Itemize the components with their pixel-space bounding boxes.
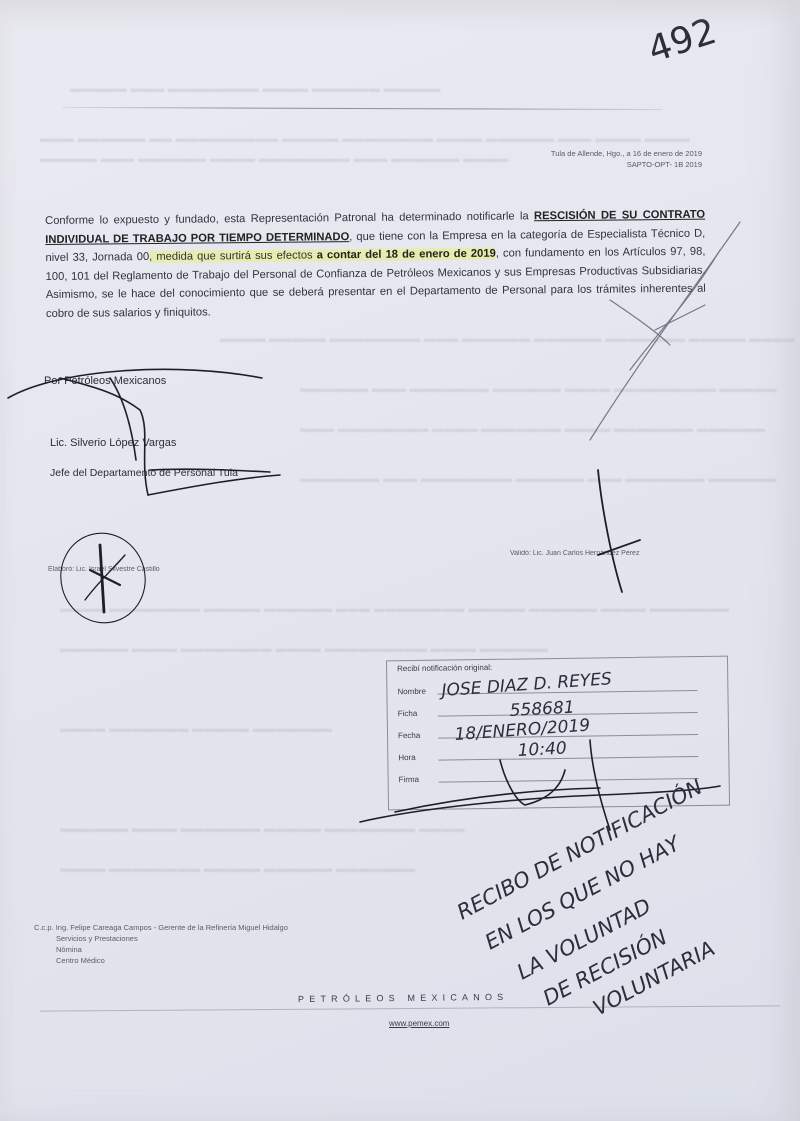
receipt-field-nombre: Nombre [397,679,697,697]
svg-text:EN LOS QUE NO HAY: EN LOS QUE NO HAY [481,830,686,954]
prepared-by: Elaboró: Lic. Israel Silvestre Castillo [48,566,160,573]
receipt-title: Recibí notificación original: [397,663,492,673]
footer-brand: PETRÓLEOS MEXICANOS [298,992,508,1004]
cc-line: Nómina [34,944,288,955]
svg-text:DE RECISIÓN: DE RECISIÓN [539,924,672,1010]
receipt-acknowledgment-box: Recibí notificación original: Nombre Fic… [386,656,730,811]
body-paragraph: Conforme lo expuesto y fundado, esta Rep… [45,206,706,323]
receipt-field-firma: Firma [399,767,699,785]
svg-text:VOLUNTARIA: VOLUNTARIA [589,936,719,1020]
reviewed-by: Validó: Lic. Juan Carlos Hernández Pérez [510,550,639,557]
cc-label: C.c.p. [34,923,54,932]
bleed-through-text: ▬▬▬▬ ▬▬▬▬▬▬▬ ▬▬▬▬▬ ▬▬▬▬▬▬▬ [60,720,333,739]
cc-line: Ing. Felipe Careaga Campos - Gerente de … [56,923,288,932]
handwritten-note: RECIBO DE NOTIFICACIÓN EN LOS QUE NO HAY… [453,774,719,1021]
signature-org-line: Por Petróleos Mexicanos [44,375,166,387]
bleed-through-text: ▬▬▬ ▬▬▬▬▬▬▬▬ ▬▬▬▬ ▬▬▬▬▬▬▬ ▬▬▬▬ ▬▬▬▬▬▬▬ ▬… [300,420,765,439]
cc-block: C.c.p. Ing. Felipe Careaga Campos - Gere… [34,922,288,966]
bleed-through-text: ▬▬▬ ▬▬▬▬▬▬ ▬▬ ▬▬▬▬▬▬▬▬▬ ▬▬▬▬▬ ▬▬▬▬▬▬▬▬ ▬… [40,130,690,149]
bleed-through-text: ▬▬▬▬ ▬▬▬▬▬ ▬▬▬▬▬▬▬▬ ▬▬▬ ▬▬▬▬▬▬ ▬▬▬▬▬▬ ▬▬… [220,330,795,349]
cc-line: Servicios y Prestaciones [34,933,288,944]
receipt-field-fecha: Fecha [398,723,698,741]
signatory-title: Jefe del Departamento de Personal Tula [50,467,238,479]
place-date-line: Tula de Allende, Hgo., a 16 de enero de … [551,148,702,159]
footer-url[interactable]: www.pemex.com [389,1019,449,1028]
cc-line: Centro Médico [34,955,288,966]
bleed-through-text: ▬▬▬▬▬ ▬▬▬ ▬▬▬▬▬▬▬▬ ▬▬▬▬ ▬▬▬▬▬▬ ▬▬▬▬▬ [70,80,441,99]
bleed-through-text: ▬▬▬▬▬▬ ▬▬▬▬ ▬▬▬▬▬▬▬▬ ▬▬▬▬ ▬▬▬▬▬▬▬▬▬ ▬▬▬▬… [60,640,548,659]
highlighted-effective-date: , medida que surtirá sus efectos a conta… [149,248,496,263]
svg-text:LA VOLUNTAD: LA VOLUNTAD [513,894,655,985]
page-number-annotation: 492 [643,11,721,71]
bleed-through-text: ▬▬▬▬▬ ▬▬▬ ▬▬▬▬▬▬ ▬▬▬▬ ▬▬▬▬▬▬▬▬ ▬▬▬ ▬▬▬▬▬… [40,150,509,169]
header-rule [62,107,662,110]
footer-rule [40,1005,780,1011]
bleed-through-text: ▬▬▬▬▬▬ ▬▬▬ ▬▬▬▬▬▬▬ ▬▬▬▬▬▬ ▬▬▬▬ ▬▬▬▬▬▬▬▬▬… [300,380,777,399]
place-date-block: Tula de Allende, Hgo., a 16 de enero de … [551,148,702,170]
receipt-field-ficha: Ficha [398,701,698,719]
bleed-through-text: ▬▬▬▬▬▬▬ ▬▬▬ ▬▬▬▬▬▬▬▬ ▬▬▬▬▬▬ ▬▬▬ ▬▬▬▬▬▬▬ … [300,470,777,489]
bleed-through-text: ▬▬▬▬▬▬ ▬▬▬▬ ▬▬▬▬▬▬▬ ▬▬▬▬▬ ▬▬▬▬▬▬▬▬ ▬▬▬▬ [60,820,465,839]
signatory-name: Lic. Silverio López Vargas [50,437,176,449]
bleed-through-text: ▬▬▬▬ ▬▬▬▬▬▬▬▬ ▬▬▬▬▬ ▬▬▬▬▬▬ ▬▬▬▬▬▬▬ [60,860,416,879]
bleed-through-text: ▬▬▬▬ ▬▬▬▬▬▬▬▬ ▬▬▬▬▬ ▬▬▬▬▬▬ ▬▬▬ ▬▬▬▬▬▬▬▬ … [60,600,730,619]
reference-line: SAPTO-OPT- 1B 2019 [551,159,702,170]
receipt-field-hora: Hora [398,745,698,763]
